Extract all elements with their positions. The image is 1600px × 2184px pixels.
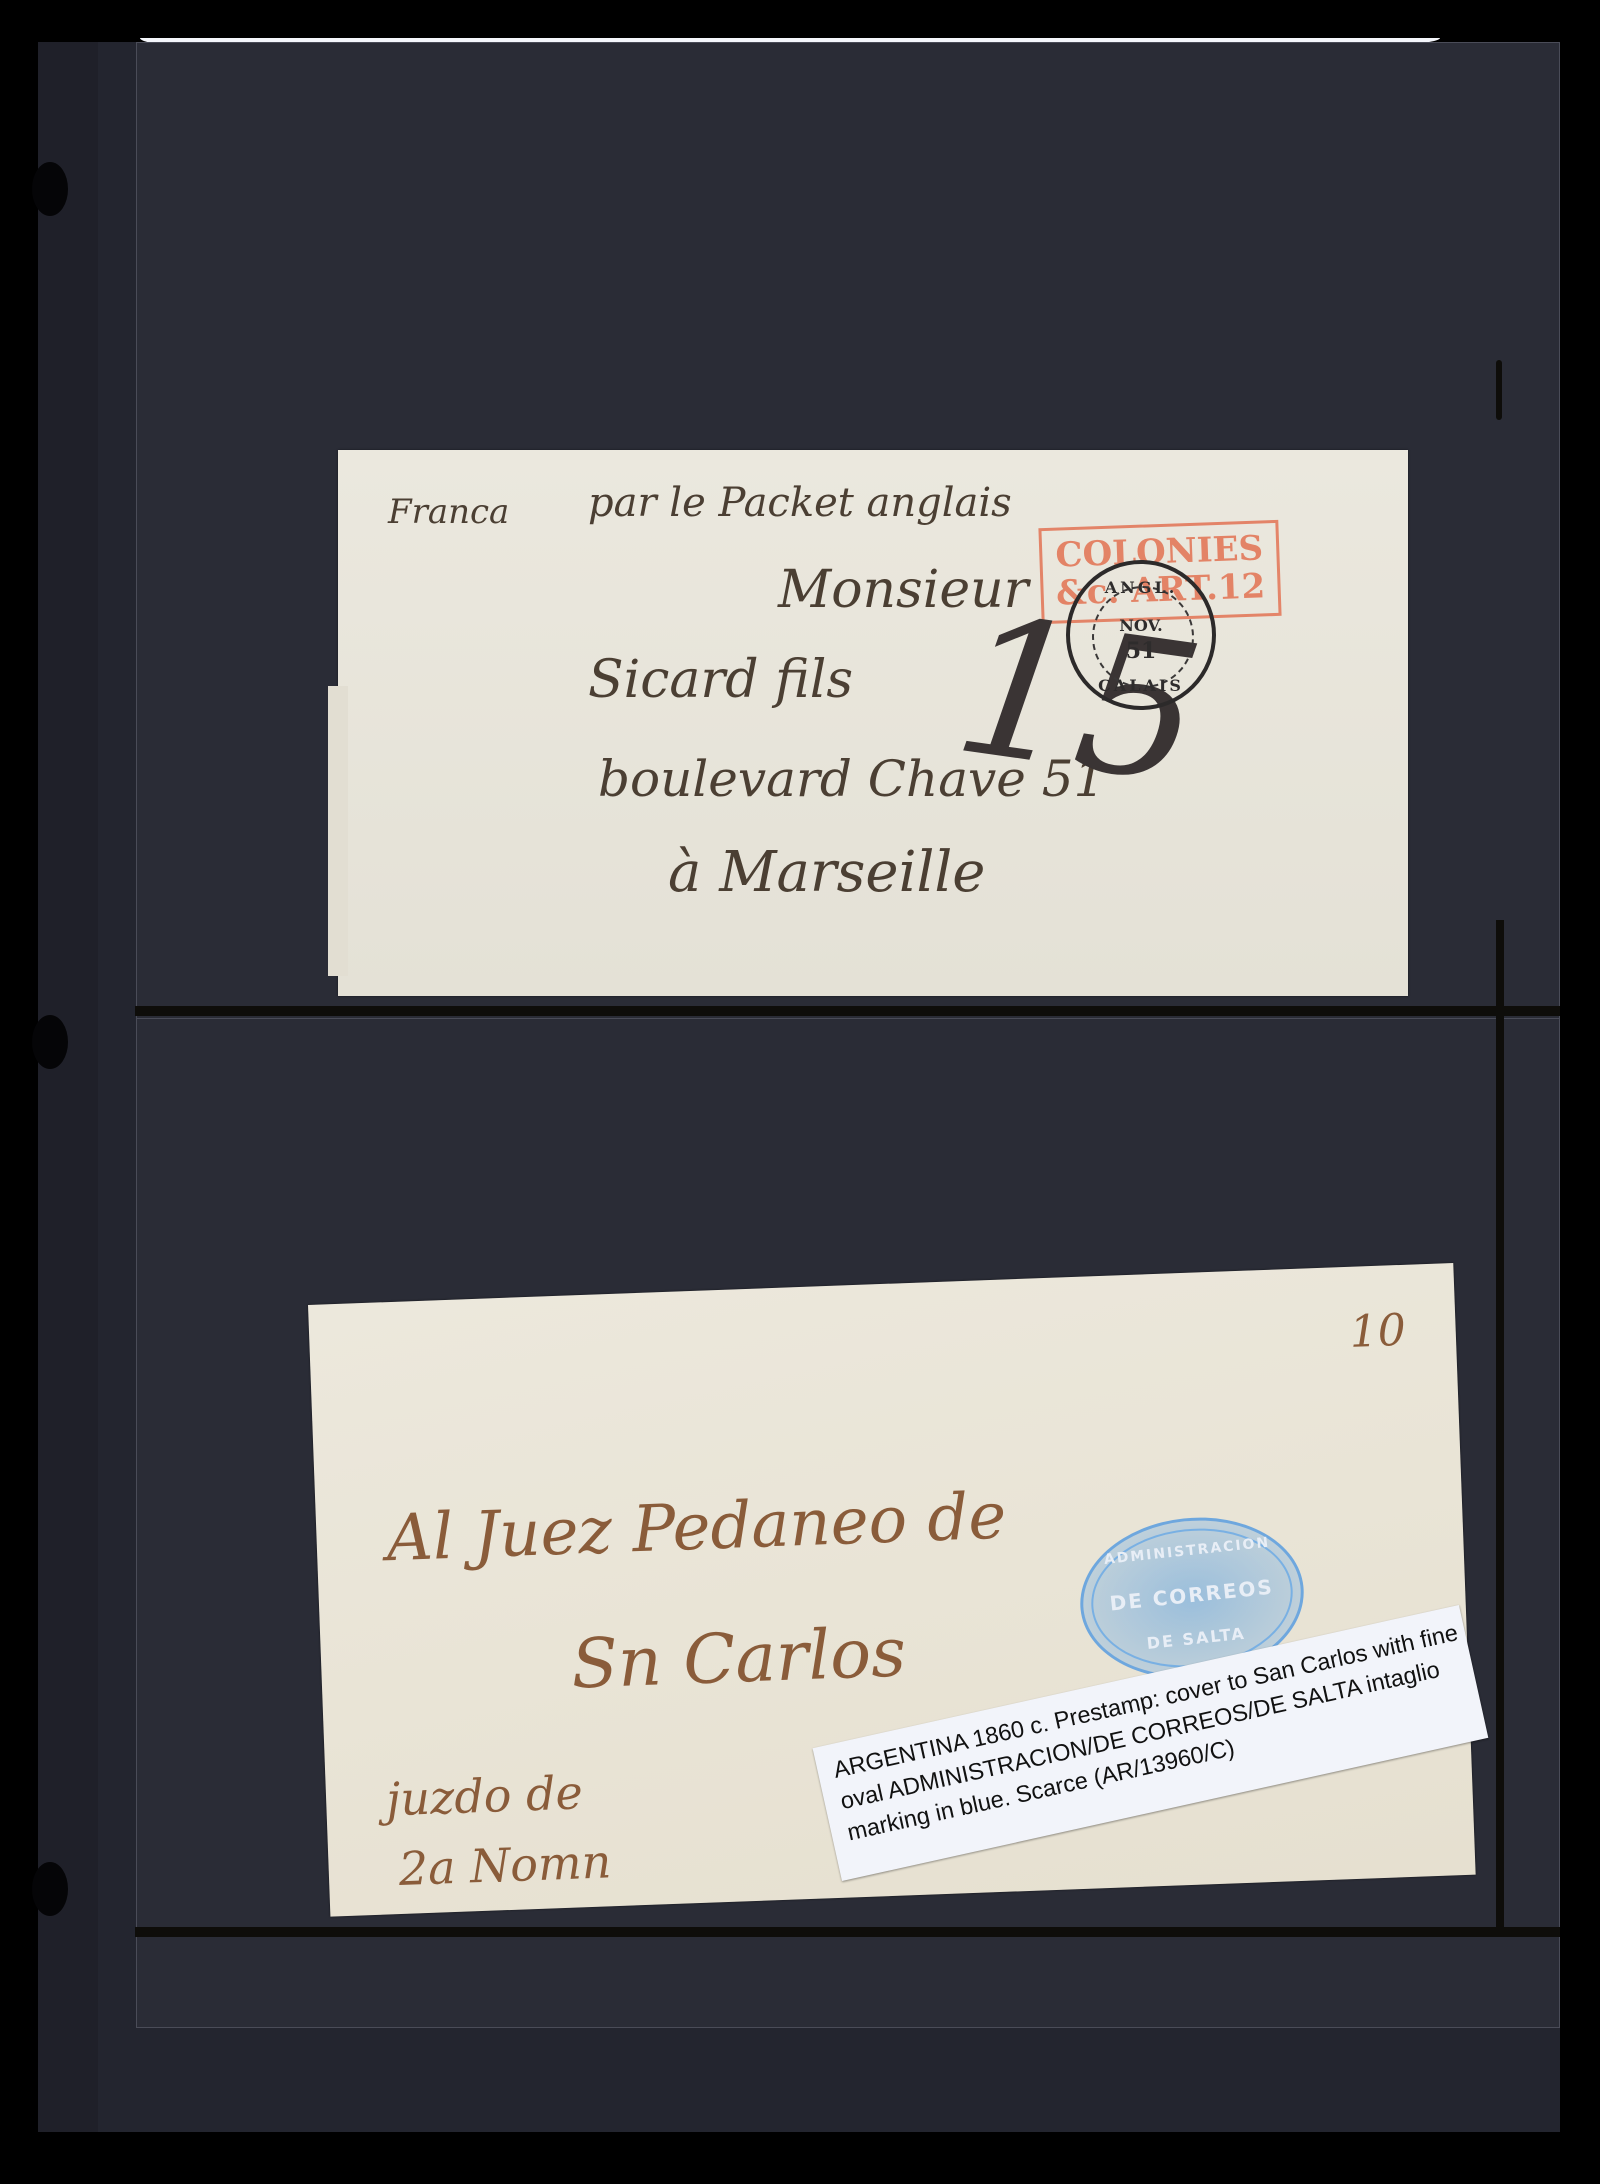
calais-datestamp: ANGL. NOV. 51 CALAIS <box>1066 560 1216 710</box>
corner-number: 10 <box>1349 1305 1407 1358</box>
datestamp-year: 51 <box>1070 638 1212 664</box>
sleeve-divider <box>135 1006 1560 1016</box>
handwriting-route: par le Packet anglais <box>588 480 1012 526</box>
datestamp-inner-ring <box>1092 586 1194 688</box>
datestamp-month: NOV. <box>1070 616 1212 635</box>
handwriting-line4: 2a Nomn <box>398 1834 612 1896</box>
datestamp-bottom: CALAIS <box>1070 676 1212 695</box>
handwriting-line3: juzdo de <box>385 1765 583 1826</box>
sleeve-divider-vertical <box>1496 360 1502 420</box>
binder-hole-icon <box>32 162 68 216</box>
sleeve-divider <box>135 1927 1560 1937</box>
sleeve-divider-vertical <box>1496 920 1504 1930</box>
binder-hole-icon <box>32 1015 68 1069</box>
page-margin <box>38 42 98 2132</box>
cover-flap <box>328 686 348 976</box>
handwriting-line1: Al Juez Pedaneo de <box>385 1480 1007 1577</box>
handwriting-franca: Franca <box>388 492 509 532</box>
handwriting-name: Sicard fils <box>588 650 853 710</box>
handwriting-line2: Sn Carlos <box>570 1613 907 1704</box>
datestamp-top: ANGL. <box>1070 578 1212 597</box>
binder-hole-icon <box>32 1862 68 1916</box>
handwriting-city: à Marseille <box>668 840 985 905</box>
